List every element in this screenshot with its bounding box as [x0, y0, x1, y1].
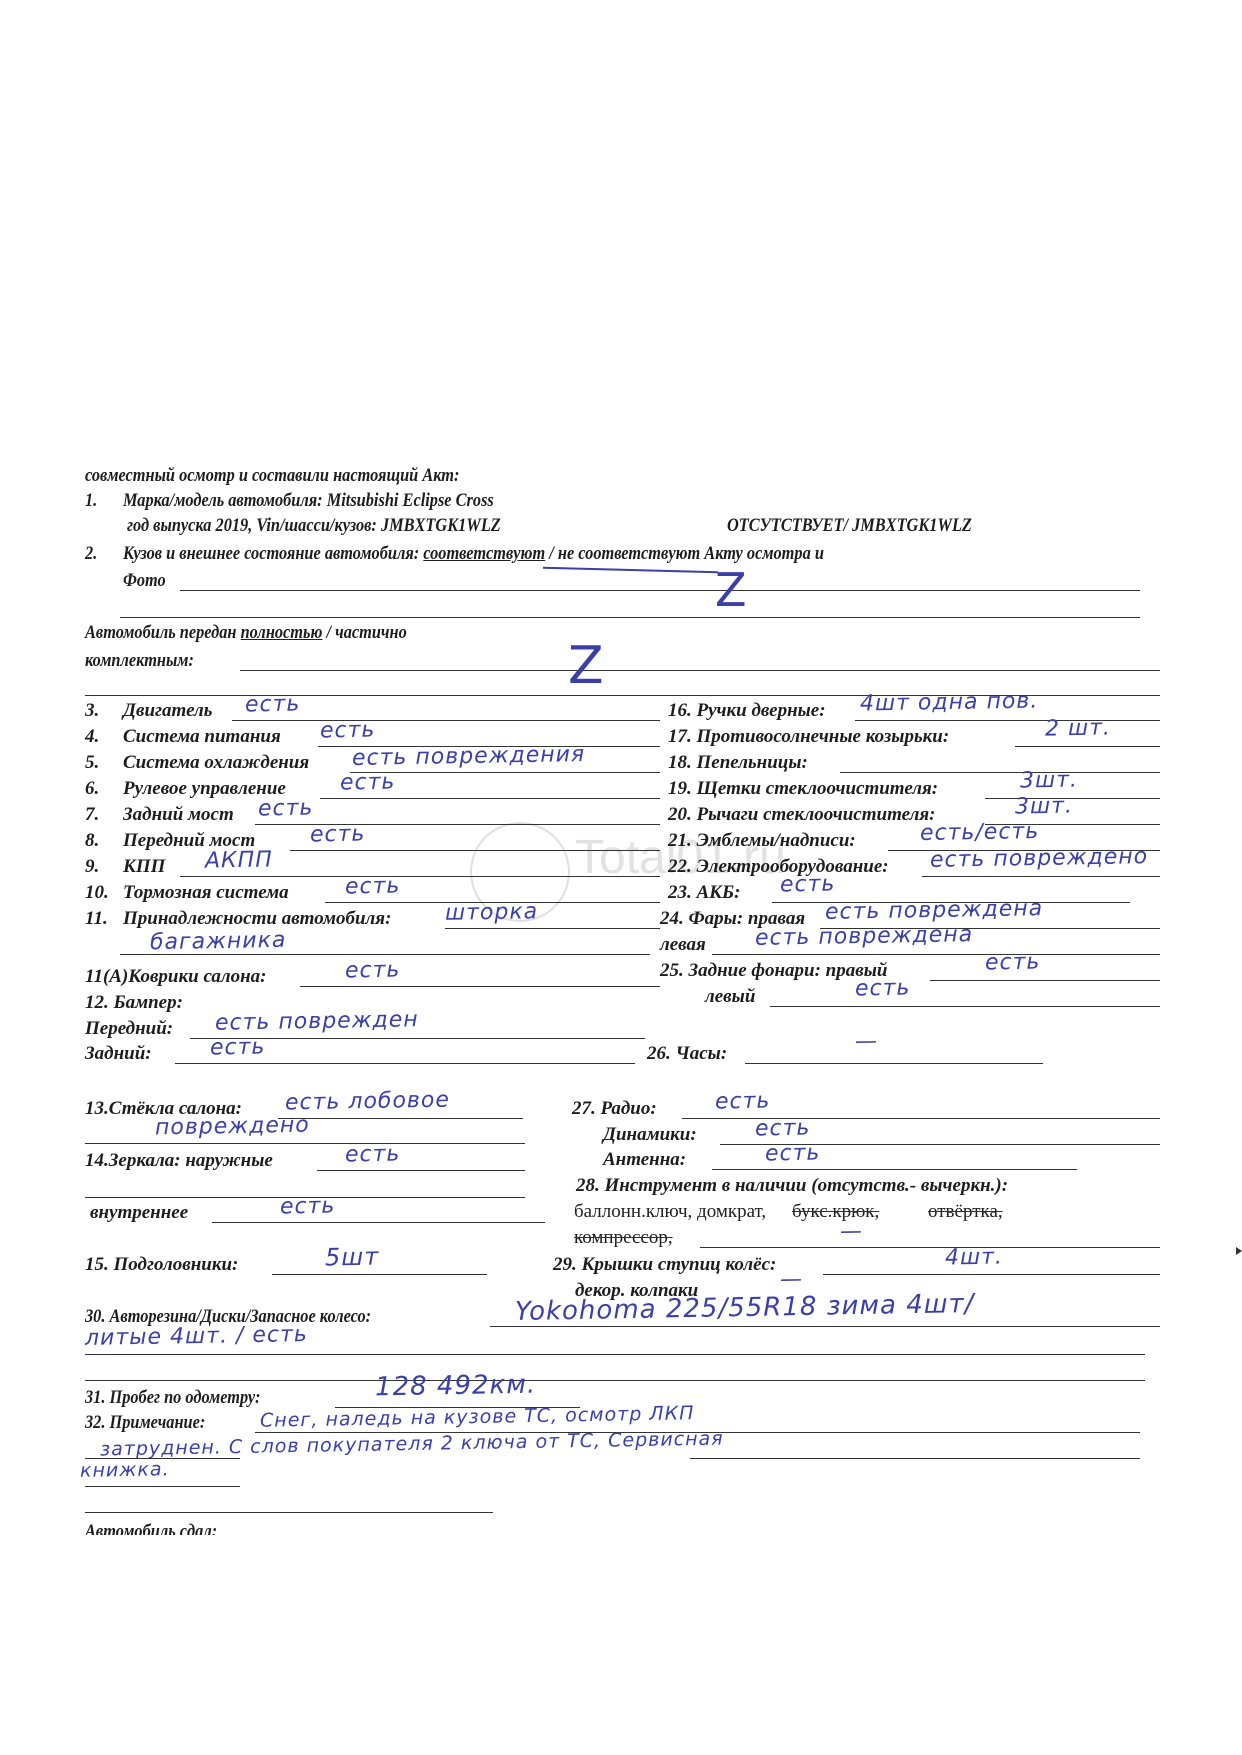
mirrors-outer-value: есть	[345, 1143, 401, 1168]
tires-line	[490, 1326, 1160, 1327]
tools-line	[700, 1247, 1160, 1248]
item-handwritten-value: есть	[320, 719, 376, 744]
photo-label: Фото	[123, 570, 166, 592]
radio-label: 27. Радио:	[572, 1098, 657, 1120]
item-handwritten-value: есть	[258, 797, 314, 822]
item-handwritten-value: есть повреждена	[755, 923, 974, 951]
item-label: 16. Ручки дверные:	[668, 700, 826, 722]
note-line-3-rule	[85, 1486, 240, 1487]
item-handwritten-value: АКПП	[205, 848, 273, 873]
item-underline	[922, 876, 1160, 877]
item-label: 11(А)Коврики салона:	[85, 966, 267, 988]
completeness-line	[240, 670, 1160, 671]
item-label: левый	[705, 986, 755, 1008]
bumper-rear-label: Задний:	[85, 1043, 152, 1065]
item-label: 20. Рычаги стеклоочистителя:	[668, 804, 935, 826]
mileage-label: 31. Пробег по одометру:	[85, 1387, 260, 1409]
footer-text: Автомобиль сдал:	[85, 1521, 217, 1535]
tools-present: баллонн.ключ, домкрат,	[574, 1201, 766, 1223]
item-handwritten-value: есть	[245, 693, 301, 718]
antenna-line	[712, 1169, 1077, 1170]
item2-selected-option: соответствуют	[423, 543, 545, 564]
speakers-value: есть	[755, 1117, 811, 1142]
item-number: 9.	[85, 856, 99, 878]
item1-vin-right: ОТСУТСТВУЕТ/ JMBXTGK1WLZ	[727, 515, 972, 537]
item-underline	[930, 980, 1160, 981]
item-label: 21. Эмблемы/надписи:	[668, 830, 856, 852]
column-separator-rule	[560, 902, 660, 903]
item-handwritten-value: есть повреждено	[930, 845, 1149, 873]
item-label: Система питания	[123, 726, 281, 748]
glass-value-2: повреждено	[155, 1114, 310, 1141]
completeness-label: комплектным:	[85, 650, 194, 672]
item-handwritten-value: 4шт одна пов.	[860, 689, 1039, 716]
note-line-2-rule-right	[690, 1458, 1140, 1459]
hubcaps-label: 29. Крышки ступиц колёс:	[553, 1254, 776, 1276]
tires-line-3	[85, 1380, 1145, 1381]
item-handwritten-value: шторка	[445, 900, 539, 926]
tools-label: 28. Инструмент в наличии (отсутств.- выч…	[576, 1175, 1008, 1197]
item-label: левая	[660, 934, 706, 956]
item-number: 11.	[85, 908, 108, 930]
item-handwritten-value: есть	[345, 959, 401, 984]
clock-value: —	[855, 1030, 878, 1054]
item-handwritten-value: есть повреждения	[352, 743, 586, 771]
item-underline	[840, 772, 1160, 773]
item-label: 22. Электрооборудование:	[668, 856, 889, 878]
item-handwritten-value: есть повреждена	[825, 897, 1044, 925]
radio-line	[682, 1118, 1160, 1119]
footer-rule	[85, 1512, 493, 1513]
item-number: 4.	[85, 726, 99, 748]
item-label: 18. Пепельницы:	[668, 752, 808, 774]
selection-underline	[543, 567, 718, 574]
tools-value: —	[840, 1220, 863, 1244]
item-handwritten-value: есть	[780, 873, 836, 898]
glass-value: есть лобовое	[285, 1089, 450, 1116]
item1-number: 1.	[85, 490, 97, 512]
item-handwritten-value: есть	[340, 771, 396, 796]
completeness-text: Автомобиль передан полностью / частично	[85, 622, 407, 644]
item-underline	[300, 986, 660, 987]
item-handwritten-value: есть	[985, 951, 1041, 976]
hubcaps-value: 4шт.	[945, 1245, 1003, 1270]
tires-line-2	[85, 1354, 1145, 1355]
clock-label: 26. Часы:	[647, 1043, 727, 1065]
photo-line-2	[120, 617, 1140, 618]
note-label: 32. Примечание:	[85, 1412, 205, 1434]
item-number: 6.	[85, 778, 99, 800]
mirrors-outer-line	[317, 1170, 525, 1171]
column-separator-rule	[560, 746, 660, 747]
footer-clip: Автомобиль сдал:	[0, 1517, 1242, 1535]
item-underline	[1015, 746, 1160, 747]
item-number: 8.	[85, 830, 99, 852]
photo-line	[180, 590, 1140, 591]
item-handwritten-value: есть	[345, 875, 401, 900]
glass-line	[278, 1118, 523, 1119]
item-label: 25. Задние фонари: правый	[660, 960, 888, 982]
radio-value: есть	[715, 1090, 771, 1115]
item-handwritten-value-2: багажника	[150, 929, 287, 955]
item1-vin: год выпуска 2019, Vin/шасси/кузов: JMBXT…	[127, 515, 501, 537]
antenna-label: Антенна:	[603, 1149, 686, 1171]
item-handwritten-value: 3шт.	[1015, 794, 1073, 819]
item-handwritten-value: есть/есть	[920, 820, 1040, 846]
item-handwritten-value: 3шт.	[1020, 768, 1078, 793]
item-underline	[712, 954, 1160, 955]
item-label: 19. Щетки стеклоочистителя:	[668, 778, 938, 800]
item-underline-2	[120, 954, 650, 955]
item-number: 5.	[85, 752, 99, 774]
item-number: 10.	[85, 882, 109, 904]
item-number: 3.	[85, 700, 99, 722]
headrests-value: 5шт	[325, 1245, 380, 1270]
tires-value: Yokohoma 225/55R18 зима 4шт/	[515, 1292, 975, 1324]
mileage-value: 128 492км.	[375, 1373, 537, 1400]
item2-number: 2.	[85, 543, 97, 565]
item-label: Тормозная система	[123, 882, 289, 904]
item-label: КПП	[123, 856, 165, 878]
item-label: Двигатель	[123, 700, 212, 722]
mirrors-inner-line	[212, 1222, 545, 1223]
item-label: Задний мост	[123, 804, 234, 826]
item1-model: Марка/модель автомобиля: Mitsubishi Ecli…	[123, 490, 494, 512]
item-handwritten-value: 2 шт.	[1045, 716, 1111, 741]
glass-line-2	[85, 1143, 525, 1144]
completeness-z-mark: Z	[568, 643, 604, 689]
item-handwritten-value: есть	[310, 823, 366, 848]
mirrors-inner-label: внутреннее	[90, 1202, 188, 1224]
bumper-rear-value: есть	[210, 1036, 266, 1061]
mirrors-inner-value: есть	[280, 1195, 336, 1220]
hubcaps-line	[823, 1274, 1160, 1275]
tools-struck-1: букс.крюк,	[792, 1201, 879, 1223]
scan-edge-mark-icon	[1236, 1247, 1242, 1255]
item-label: Принадлежности автомобиля:	[123, 908, 391, 930]
item2-body-condition: Кузов и внешнее состояние автомобиля: со…	[123, 543, 824, 565]
headrests-label: 15. Подголовники:	[85, 1254, 238, 1276]
column-separator-rule	[560, 720, 660, 721]
speakers-label: Динамики:	[603, 1124, 697, 1146]
bumper-front-label: Передний:	[85, 1018, 173, 1040]
intro-text: совместный осмотр и составили настоящий …	[85, 465, 459, 487]
headrests-line	[272, 1274, 487, 1275]
column-separator-rule	[560, 850, 660, 851]
bumper-rear-line	[175, 1063, 635, 1064]
column-separator-rule	[560, 772, 660, 773]
item-underline	[855, 720, 1160, 721]
clock-line	[745, 1063, 1043, 1064]
antenna-value: есть	[765, 1142, 821, 1167]
decor-caps-value: —	[780, 1268, 803, 1292]
column-separator-rule	[560, 824, 660, 825]
bumper-title: 12. Бампер:	[85, 992, 183, 1014]
item-label: Система охлаждения	[123, 752, 309, 774]
item-underline	[445, 928, 660, 929]
bumper-front-value: есть поврежден	[215, 1008, 419, 1036]
tires-value-2: литые 4шт. / есть	[85, 1323, 308, 1351]
tools-struck-2: отвёртка,	[928, 1201, 1003, 1223]
item-label: 23. АКБ:	[668, 882, 740, 904]
note-line-3: книжка.	[80, 1457, 170, 1483]
item-number: 7.	[85, 804, 99, 826]
column-separator-rule	[560, 876, 660, 877]
item-handwritten-value: есть	[855, 977, 911, 1002]
item-label: 17. Противосолнечные козырьки:	[668, 726, 949, 748]
tools-struck-3: компрессор,	[574, 1227, 673, 1249]
item-underline	[770, 1006, 1160, 1007]
photo-z-mark: Z	[715, 567, 747, 613]
column-separator-rule	[560, 798, 660, 799]
mirrors-label: 14.Зеркала: наружные	[85, 1150, 273, 1172]
